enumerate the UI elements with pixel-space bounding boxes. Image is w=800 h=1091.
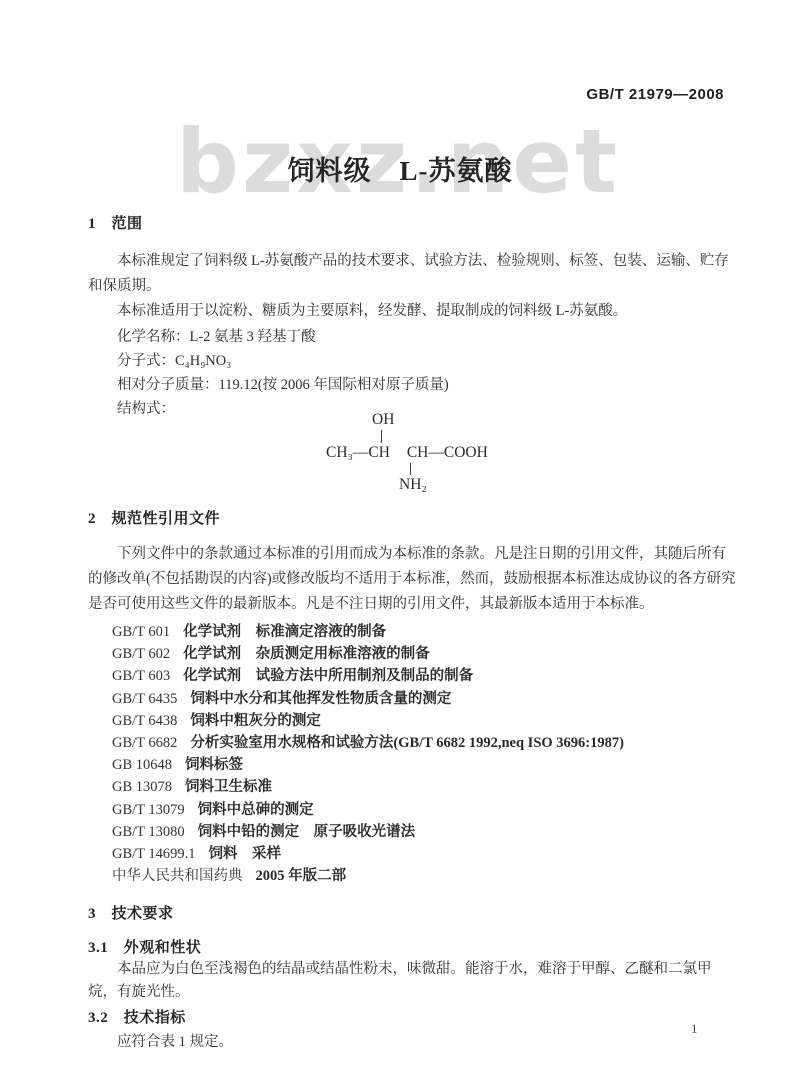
reference-title: 化学试剂 试验方法中所用制剂及制品的制备 xyxy=(183,668,473,684)
reference-item: GB/T 602化学试剂 杂质测定用标准溶液的制备 xyxy=(88,643,736,665)
reference-code: 中华人民共和国药典 xyxy=(112,868,243,884)
document-page: GB/T 21979—2008 bzxz.net 饲料级 L-苏氨酸 1 范围 … xyxy=(0,0,800,1091)
reference-item: GB 13078饲料卫生标准 xyxy=(88,776,736,798)
normative-references-list: GB/T 601化学试剂 标准滴定溶液的制备 GB/T 602化学试剂 杂质测定… xyxy=(88,621,736,887)
section-1-paragraph-applicability: 本标准适用于以淀粉、糖质为主要原料，经发酵、提取制成的饲料级 L-苏氨酸。 xyxy=(88,299,736,324)
reference-code: GB 13078 xyxy=(112,779,172,795)
reference-title: 饲料中粗灰分的测定 xyxy=(190,713,321,729)
chemical-name-line: 化学名称：L-2 氨基 3 羟基丁酸 xyxy=(88,325,736,349)
section-3-1-heading: 3.1 外观和性状 xyxy=(88,938,736,958)
reference-title: 饲料中总砷的测定 xyxy=(198,802,314,818)
section-3-heading: 3 技术要求 xyxy=(88,904,736,924)
reference-item: GB 10648饲料标签 xyxy=(88,754,736,776)
molecular-weight-line: 相对分子质量：119.12(按 2006 年国际相对原子质量) xyxy=(88,373,736,397)
reference-item: GB/T 6435饲料中水分和其他挥发性物质含量的测定 xyxy=(88,688,736,710)
reference-code: GB/T 601 xyxy=(112,624,170,640)
reference-title: 饲料中水分和其他挥发性物质含量的测定 xyxy=(190,691,451,707)
reference-title: 化学试剂 标准滴定溶液的制备 xyxy=(183,624,386,640)
section-3-1-text: 本品应为白色至浅褐色的结晶或结晶性粉末，味微甜。能溶于水，难溶于甲醇、乙醚和二氯… xyxy=(88,958,736,1004)
reference-title: 饲料卫生标准 xyxy=(185,779,272,795)
reference-code: GB/T 13079 xyxy=(112,802,185,818)
reference-code: GB/T 6438 xyxy=(112,713,177,729)
standard-number: GB/T 21979—2008 xyxy=(586,86,724,103)
reference-item: GB/T 6682分析实验室用水规格和试验方法(GB/T 6682 1992,n… xyxy=(88,732,736,754)
formula-nh2-group: NH₂ xyxy=(399,476,427,494)
reference-code: GB 10648 xyxy=(112,757,172,773)
reference-item: GB/T 13080饲料中铅的测定 原子吸收光谱法 xyxy=(88,821,736,843)
formula-oh-group: OH xyxy=(372,411,394,429)
section-2-intro: 下列文件中的条款通过本标准的引用而成为本标准的条款。凡是注日期的引用文件，其随后… xyxy=(88,542,736,617)
reference-title: 饲料标签 xyxy=(185,757,243,773)
reference-title: 2005 年版二部 xyxy=(256,868,347,884)
page-number: 1 xyxy=(691,1021,698,1037)
section-1-paragraph-scope: 本标准规定了饲料级 L-苏氨酸产品的技术要求、试验方法、检验规则、标签、包装、运… xyxy=(88,249,736,299)
reference-code: GB/T 6435 xyxy=(112,691,177,707)
reference-code: GB/T 603 xyxy=(112,668,170,684)
section-1-heading: 1 范围 xyxy=(88,214,736,234)
document-title: 饲料级 L-苏氨酸 xyxy=(0,149,800,188)
reference-title: 分析实验室用水规格和试验方法(GB/T 6682 1992,neq ISO 36… xyxy=(190,735,624,751)
reference-item: GB/T 6438饲料中粗灰分的测定 xyxy=(88,710,736,732)
structural-formula-diagram: OH CH₃—CH CH—COOH NH₂ xyxy=(326,409,566,497)
formula-bond-vertical-top xyxy=(381,430,382,443)
reference-title: 饲料 采样 xyxy=(209,846,282,862)
reference-code: GB/T 14699.1 xyxy=(112,846,196,862)
reference-item: GB/T 13079饲料中总砷的测定 xyxy=(88,799,736,821)
reference-code: GB/T 13080 xyxy=(112,824,185,840)
section-3-2-text: 应符合表 1 规定。 xyxy=(88,1031,736,1054)
formula-ch3-ch: CH₃—CH xyxy=(326,444,390,461)
reference-code: GB/T 6682 xyxy=(112,735,177,751)
reference-title: 饲料中铅的测定 原子吸收光谱法 xyxy=(198,824,416,840)
reference-title: 化学试剂 杂质测定用标准溶液的制备 xyxy=(183,646,430,662)
document-body: 1 范围 本标准规定了饲料级 L-苏氨酸产品的技术要求、试验方法、检验规则、标签… xyxy=(88,214,736,1054)
reference-item: GB/T 601化学试剂 标准滴定溶液的制备 xyxy=(88,621,736,643)
section-2-heading: 2 规范性引用文件 xyxy=(88,509,736,529)
reference-item: GB/T 14699.1饲料 采样 xyxy=(88,843,736,865)
section-3-2-heading: 3.2 技术指标 xyxy=(88,1008,736,1028)
reference-item: 中华人民共和国药典2005 年版二部 xyxy=(88,865,736,887)
reference-code: GB/T 602 xyxy=(112,646,170,662)
formula-backbone: CH₃—CH CH—COOH xyxy=(326,444,488,462)
formula-ch-cooh: CH—COOH xyxy=(407,444,488,461)
formula-bond-vertical-bottom xyxy=(410,463,411,475)
molecular-formula-line: 分子式：C₄H₉NO₃ xyxy=(88,349,736,373)
reference-item: GB/T 603化学试剂 试验方法中所用制剂及制品的制备 xyxy=(88,665,736,687)
